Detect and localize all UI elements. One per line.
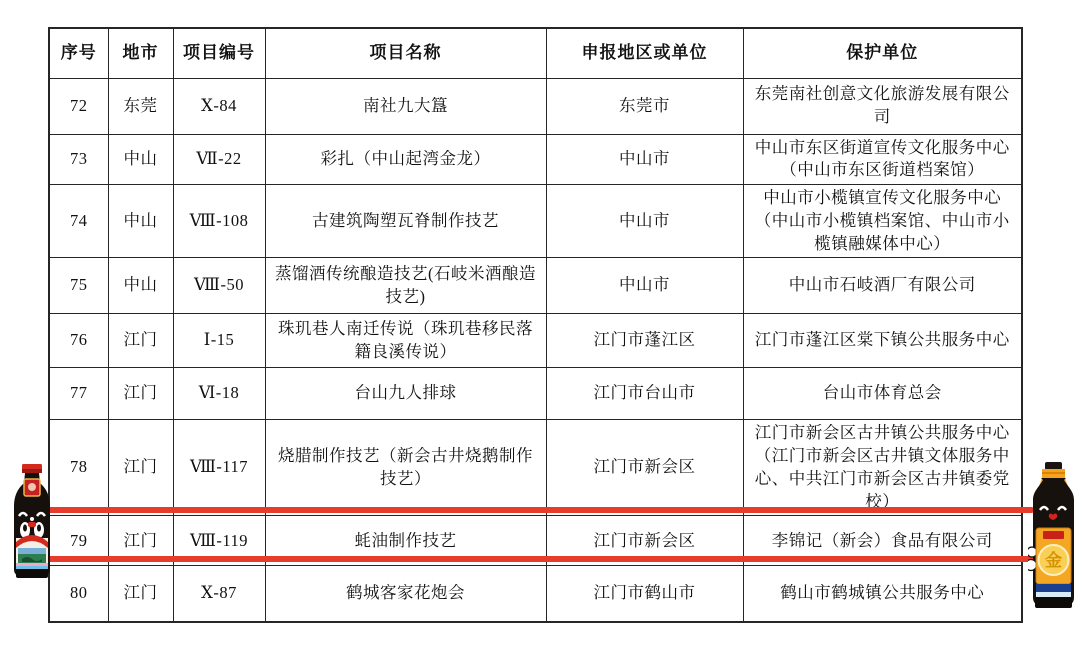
cell-declaring-region: 中山市 xyxy=(546,134,743,185)
cell-project-name: 台山九人排球 xyxy=(265,368,546,420)
table-row: 73 中山 Ⅶ-22 彩扎（中山起湾金龙） 中山市 中山市东区街道宣传文化服务中… xyxy=(49,134,1022,185)
cell-project-code: Ⅰ-15 xyxy=(173,314,265,368)
cell-protection-unit: 中山市东区街道宣传文化服务中心（中山市东区街道档案馆） xyxy=(743,134,1022,185)
cell-serial-no: 80 xyxy=(49,566,108,622)
cell-protection-unit: 江门市蓬江区棠下镇公共服务中心 xyxy=(743,314,1022,368)
table-row: 74 中山 Ⅷ-108 古建筑陶塑瓦脊制作技艺 中山市 中山市小榄镇宣传文化服务… xyxy=(49,185,1022,258)
gold-label-oyster-sauce-bottle-image: 金 xyxy=(1028,462,1078,612)
cell-serial-no: 76 xyxy=(49,314,108,368)
table-row: 75 中山 Ⅷ-50 蒸馏酒传统酿造技艺(石岐米酒酿造技艺) 中山市 中山市石岐… xyxy=(49,258,1022,314)
column-header-project-name: 项目名称 xyxy=(265,28,546,78)
column-header-declaring-region: 申报地区或单位 xyxy=(546,28,743,78)
heritage-table-container: 序号 地市 项目编号 项目名称 申报地区或单位 保护单位 72 东莞 Ⅹ-84 … xyxy=(48,27,1021,623)
cell-declaring-region: 江门市新会区 xyxy=(546,420,743,516)
cell-project-name: 南社九大簋 xyxy=(265,78,546,134)
cell-project-name: 珠玑巷人南迁传说（珠玑巷移民落籍良溪传说） xyxy=(265,314,546,368)
gold-emblem-character: 金 xyxy=(1045,550,1062,570)
heritage-table: 序号 地市 项目编号 项目名称 申报地区或单位 保护单位 72 东莞 Ⅹ-84 … xyxy=(48,27,1023,623)
cell-project-name: 蒸馏酒传统酿造技艺(石岐米酒酿造技艺) xyxy=(265,258,546,314)
cell-city: 中山 xyxy=(108,258,173,314)
table-body: 72 东莞 Ⅹ-84 南社九大簋 东莞市 东莞南社创意文化旅游发展有限公司 73… xyxy=(49,78,1022,622)
cell-city: 东莞 xyxy=(108,78,173,134)
column-header-protection-unit: 保护单位 xyxy=(743,28,1022,78)
table-row: 78 江门 Ⅷ-117 烧腊制作技艺（新会古井烧鹅制作技艺） 江门市新会区 江门… xyxy=(49,420,1022,516)
cell-project-code: Ⅶ-22 xyxy=(173,134,265,185)
cell-city: 中山 xyxy=(108,134,173,185)
cell-city: 江门 xyxy=(108,314,173,368)
table-row: 77 江门 Ⅵ-18 台山九人排球 江门市台山市 台山市体育总会 xyxy=(49,368,1022,420)
cell-protection-unit: 东莞南社创意文化旅游发展有限公司 xyxy=(743,78,1022,134)
highlight-line-bottom xyxy=(47,556,1033,562)
cell-protection-unit: 江门市新会区古井镇公共服务中心（江门市新会区古井镇文体服务中心、中共江门市新会区… xyxy=(743,420,1022,516)
cell-project-name: 鹤城客家花炮会 xyxy=(265,566,546,622)
table-row: 80 江门 Ⅹ-87 鹤城客家花炮会 江门市鹤山市 鹤山市鹤城镇公共服务中心 xyxy=(49,566,1022,622)
cell-project-code: Ⅹ-87 xyxy=(173,566,265,622)
column-header-serial-no: 序号 xyxy=(49,28,108,78)
table-row: 76 江门 Ⅰ-15 珠玑巷人南迁传说（珠玑巷移民落籍良溪传说） 江门市蓬江区 … xyxy=(49,314,1022,368)
panda-oyster-sauce-bottle-image xyxy=(13,464,51,582)
cell-serial-no: 75 xyxy=(49,258,108,314)
cell-declaring-region: 中山市 xyxy=(546,185,743,258)
cell-declaring-region: 江门市台山市 xyxy=(546,368,743,420)
cell-project-code: Ⅷ-108 xyxy=(173,185,265,258)
header-row: 序号 地市 项目编号 项目名称 申报地区或单位 保护单位 xyxy=(49,28,1022,78)
column-header-project-code: 项目编号 xyxy=(173,28,265,78)
cell-declaring-region: 中山市 xyxy=(546,258,743,314)
cell-serial-no: 77 xyxy=(49,368,108,420)
panda-bottle-graphic xyxy=(13,464,51,582)
cell-project-code: Ⅷ-117 xyxy=(173,420,265,516)
cell-protection-unit: 中山市石岐酒厂有限公司 xyxy=(743,258,1022,314)
cell-city: 江门 xyxy=(108,566,173,622)
cell-city: 江门 xyxy=(108,420,173,516)
cell-project-code: Ⅷ-50 xyxy=(173,258,265,314)
cell-protection-unit: 鹤山市鹤城镇公共服务中心 xyxy=(743,566,1022,622)
cell-protection-unit: 台山市体育总会 xyxy=(743,368,1022,420)
cell-project-name: 古建筑陶塑瓦脊制作技艺 xyxy=(265,185,546,258)
table-row: 72 东莞 Ⅹ-84 南社九大簋 东莞市 东莞南社创意文化旅游发展有限公司 xyxy=(49,78,1022,134)
cell-city: 中山 xyxy=(108,185,173,258)
cell-declaring-region: 东莞市 xyxy=(546,78,743,134)
gold-bottle-graphic: 金 xyxy=(1028,462,1078,612)
cell-project-code: Ⅵ-18 xyxy=(173,368,265,420)
cell-serial-no: 78 xyxy=(49,420,108,516)
cell-serial-no: 73 xyxy=(49,134,108,185)
cell-project-code: Ⅹ-84 xyxy=(173,78,265,134)
cell-city: 江门 xyxy=(108,368,173,420)
cell-serial-no: 74 xyxy=(49,185,108,258)
cell-declaring-region: 江门市鹤山市 xyxy=(546,566,743,622)
column-header-city: 地市 xyxy=(108,28,173,78)
cell-serial-no: 72 xyxy=(49,78,108,134)
highlight-line-top xyxy=(47,507,1033,513)
cell-protection-unit: 中山市小榄镇宣传文化服务中心（中山市小榄镇档案馆、中山市小榄镇融媒体中心） xyxy=(743,185,1022,258)
cell-project-name: 烧腊制作技艺（新会古井烧鹅制作技艺） xyxy=(265,420,546,516)
cell-declaring-region: 江门市蓬江区 xyxy=(546,314,743,368)
cell-project-name: 彩扎（中山起湾金龙） xyxy=(265,134,546,185)
